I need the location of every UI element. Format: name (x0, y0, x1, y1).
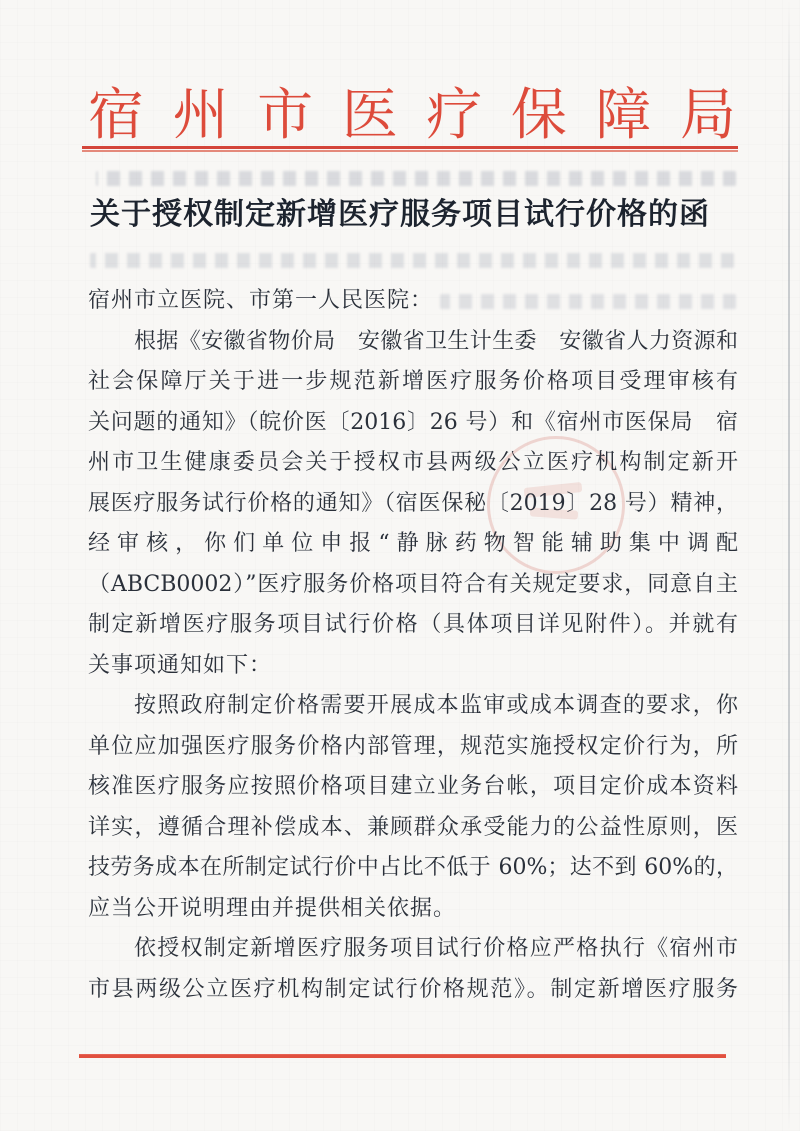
document-line: 市县两级公立医疗机构制定试行价格规范》。制定新增医疗服务 (88, 970, 738, 1011)
document-line: 单位应加强医疗服务价格内部管理，规范实施授权定价行为，所 (88, 727, 738, 768)
document-line: 技劳务成本在所制定试行价中占比不低于 60%；达不到 60%的， (88, 848, 738, 889)
document-line: 宿州市立医院、市第一人民医院： (88, 281, 738, 322)
document-line: 详实，遵循合理补偿成本、兼顾群众承受能力的公益性原则，医 (88, 808, 738, 849)
document-title: 关于授权制定新增医疗服务项目试行价格的函 (40, 194, 760, 236)
document-line: 根据《安徽省物价局 安徽省卫生计生委 安徽省人力资源和 (88, 322, 738, 363)
bleedthrough-text-row (96, 171, 736, 186)
document-page: 宿州市医疗保障局 关于授权制定新增医疗服务项目试行价格的函 宿州市立医院、市第一… (0, 0, 800, 1131)
document-line: 社会保障厅关于进一步规范新增医疗服务价格项目受理审核有 (88, 362, 738, 403)
document-line: 关事项通知如下： (88, 646, 738, 687)
scan-edge-line (788, 0, 790, 1131)
bleedthrough-text-row (90, 253, 734, 268)
document-line: 核准医疗服务应按照价格项目建立业务台帐，项目定价成本资料 (88, 767, 738, 808)
document-line: 展医疗服务试行价格的通知》（宿医保秘〔2019〕28 号）精神， (88, 484, 738, 525)
document-line: 制定新增医疗服务项目试行价格（具体项目详见附件）。并就有 (88, 605, 738, 646)
document-line: （ABCB0002）”医疗服务价格项目符合有关规定要求，同意自主 (88, 565, 738, 606)
document-line: 按照政府制定价格需要开展成本监审或成本调查的要求，你 (88, 686, 738, 727)
footer-rule (79, 1054, 726, 1058)
document-line: 州市卫生健康委员会关于授权市县两级公立医疗机构制定新开 (88, 443, 738, 484)
agency-letterhead: 宿州市医疗保障局 (88, 84, 736, 148)
document-line: 应当公开说明理由并提供相关依据。 (88, 889, 738, 930)
letterhead-rule (82, 146, 738, 153)
document-body: 宿州市立医院、市第一人民医院：根据《安徽省物价局 安徽省卫生计生委 安徽省人力资… (88, 281, 738, 1010)
document-line: 关问题的通知》（皖价医〔2016〕26 号）和《宿州市医保局 宿 (88, 403, 738, 444)
document-line: 依授权制定新增医疗服务项目试行价格应严格执行《宿州市 (88, 929, 738, 970)
document-line: 经审核，你们单位申报“静脉药物智能辅助集中调配 (88, 524, 738, 565)
